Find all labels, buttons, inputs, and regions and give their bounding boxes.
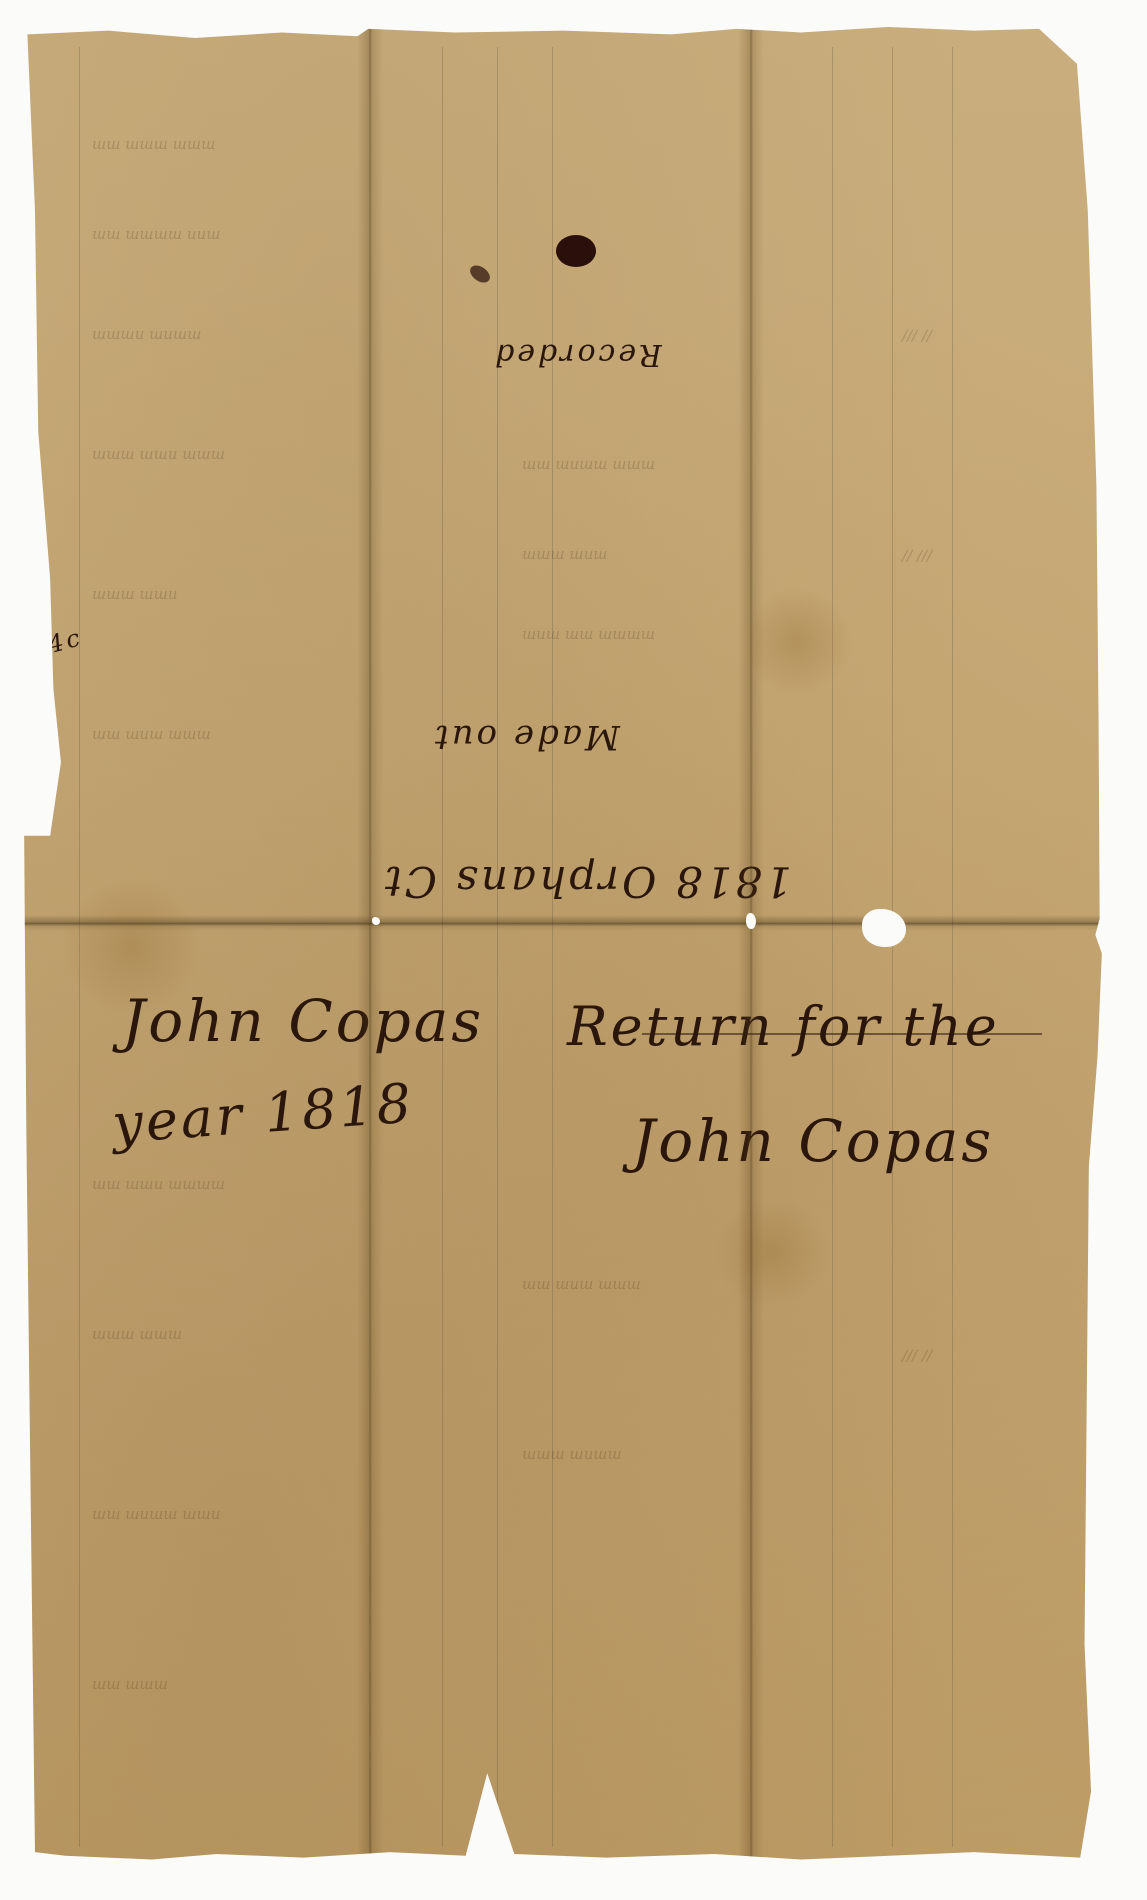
bleed-through-text: mmmm mm mnm	[522, 627, 655, 645]
bleed-through-text: mmm mnm mm	[522, 1277, 641, 1295]
bleed-through-text: mmnm mmm	[522, 1447, 622, 1465]
bleed-through-text: mmmm nmm mm	[92, 1177, 225, 1195]
water-stain	[742, 587, 852, 697]
ruled-line	[552, 47, 553, 1847]
signature: John Copas	[632, 1107, 994, 1175]
docket-made-out: Made out	[432, 717, 620, 757]
docket-year: 1818	[673, 857, 792, 906]
bleed-through-text: mnn mmmm mm	[92, 227, 220, 245]
bleed-through-text: mmm mm	[92, 1677, 168, 1695]
bleed-through-text: mmm mmm mm	[92, 137, 215, 155]
ruled-line	[497, 47, 498, 1847]
bleed-through-text: // ///	[902, 1347, 932, 1365]
heading-name: John Copas	[122, 987, 484, 1055]
bleed-through-text: mmnm nmmm	[92, 327, 201, 345]
bleed-through-text: mmm nmm mmm	[92, 447, 225, 465]
docket-court-year: 1818 Orphans Ct	[382, 857, 792, 906]
water-stain	[712, 1197, 832, 1307]
bleed-through-text: nmm mmm	[92, 587, 178, 605]
ruled-line	[892, 47, 893, 1847]
bleed-through-text: mnm mmm	[522, 547, 608, 565]
paper-hole	[862, 909, 906, 947]
bleed-through-text: mmm mmnm mm	[522, 457, 655, 475]
ruled-line	[952, 47, 953, 1847]
ruled-line	[442, 47, 443, 1847]
bleed-through-text: // ///	[902, 327, 932, 345]
fold-crease	[738, 27, 764, 1865]
bleed-through-text: /// //	[902, 547, 932, 565]
ink-blot	[556, 235, 596, 267]
fold-crease	[357, 27, 383, 1865]
heading-year: year 1818	[110, 1072, 416, 1156]
manuscript-page: mmm mmm mm mnn mmmm mm mmnm nmmm mmm nmm…	[22, 27, 1104, 1865]
heading-stroke	[642, 1033, 1042, 1035]
heading-return: Return for the	[567, 995, 1000, 1058]
ink-spot	[467, 262, 493, 286]
bleed-through-text: mmm mmm	[92, 1327, 182, 1345]
paper-hole	[372, 917, 380, 925]
docket-recorded: Recorded	[492, 337, 662, 372]
docket-court: Orphans Ct	[382, 857, 656, 906]
paper-hole	[746, 913, 756, 929]
ruled-line	[832, 47, 833, 1847]
bleed-through-text: nmm mmnm mm	[92, 1507, 220, 1525]
bleed-through-text: mmm mnm mm	[92, 727, 211, 745]
